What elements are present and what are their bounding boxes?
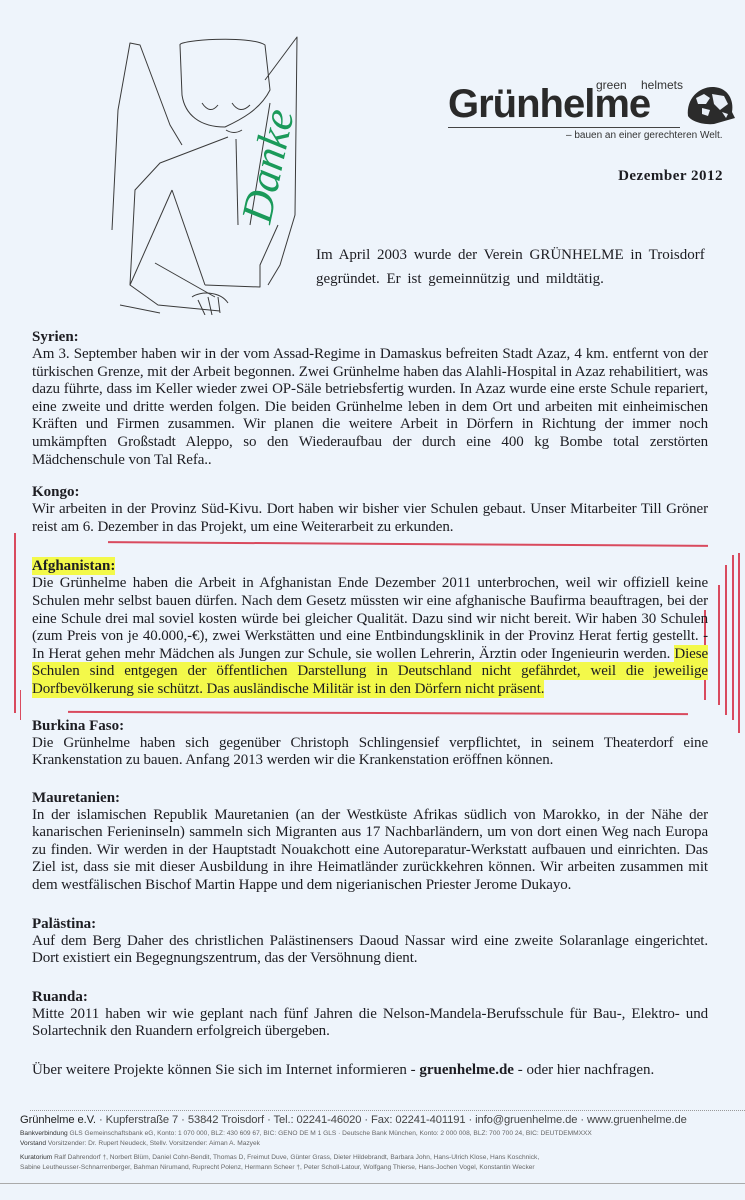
footer-board-label: Vorstand (20, 1140, 46, 1147)
closing-line: Über weitere Projekte können Sie sich im… (32, 1061, 708, 1079)
section-text: Wir arbeiten in der Provinz Süd-Kivu. Do… (32, 501, 708, 536)
footer-contact: · Kupferstraße 7 · 53842 Troisdorf · Tel… (96, 1114, 687, 1126)
section-palaestina: Palästina: Auf dem Berg Daher des christ… (32, 915, 708, 968)
section-text-plain: Die Grünhelme haben die Arbeit in Afghan… (32, 575, 708, 661)
section-text: Die Grünhelme haben die Arbeit in Afghan… (32, 575, 708, 698)
section-text: Die Grünhelme haben sich gegenüber Chris… (32, 735, 708, 770)
section-text: Auf dem Berg Daher des christlichen Palä… (32, 933, 708, 968)
section-title: Kongo: (32, 483, 708, 501)
red-mark-right-4 (732, 555, 734, 720)
footer-bank-line: Bankverbindung GLS Gemeinschaftsbank eG,… (20, 1129, 742, 1139)
footer-curators-line-1: Kuratorium Ralf Dahrendorf †, Norbert Bl… (20, 1153, 742, 1163)
section-title: Burkina Faso: (32, 717, 708, 735)
intro-paragraph: Im April 2003 wurde der Verein GRÜNHELME… (316, 243, 726, 291)
angel-drawing-illustration: Danke (100, 15, 310, 315)
footer-org-name: Grünhelme e.V. (20, 1114, 96, 1126)
section-title: Palästina: (32, 915, 708, 933)
gruenhelme-logo: green helmets Grünhelme – bauen an einer… (448, 72, 738, 142)
footer-board-text: Vorsitzender: Dr. Rupert Neudeck, Stellv… (46, 1140, 260, 1147)
letterhead-footer: Grünhelme e.V. · Kupferstraße 7 · 53842 … (20, 1114, 742, 1173)
red-mark-left-2 (20, 690, 21, 720)
section-text: Mitte 2011 haben wir wie geplant nach fü… (32, 1006, 708, 1041)
section-burkina-faso: Burkina Faso: Die Grünhelme haben sich g… (32, 717, 708, 770)
section-title: Ruanda: (32, 988, 708, 1006)
footer-curators-label: Kuratorium (20, 1154, 52, 1161)
red-mark-right-5 (738, 553, 740, 733)
scan-bottom-edge (0, 1183, 745, 1184)
section-title: Mauretanien: (32, 789, 708, 807)
red-mark-right-2 (718, 585, 720, 705)
website-link[interactable]: gruenhelme.de (419, 1062, 514, 1078)
footer-curators-line-2: Sabine Leutheusser-Schnarrenberger, Bahm… (20, 1163, 742, 1173)
footer-contact-line: Grünhelme e.V. · Kupferstraße 7 · 53842 … (20, 1114, 742, 1126)
footer-divider (30, 1110, 745, 1111)
logo-rule (448, 127, 680, 128)
logo-wordmark: Grünhelme (448, 82, 650, 127)
project-sections: Syrien: Am 3. September haben wir in der… (32, 328, 708, 1079)
footer-curators-text-1: Ralf Dahrendorf †, Norbert Blüm, Daniel … (52, 1154, 539, 1161)
section-kongo: Kongo: Wir arbeiten in der Provinz Süd-K… (32, 483, 708, 536)
footer-bank-label: Bankverbindung (20, 1130, 68, 1137)
section-text: Am 3. September haben wir in der vom Ass… (32, 346, 708, 469)
closing-text-before: Über weitere Projekte können Sie sich im… (32, 1062, 419, 1078)
section-title: Syrien: (32, 328, 708, 346)
red-mark-left (14, 533, 16, 713)
handwritten-danke: Danke (232, 105, 304, 228)
section-syrien: Syrien: Am 3. September haben wir in der… (32, 328, 708, 469)
section-ruanda: Ruanda: Mitte 2011 haben wir wie geplant… (32, 988, 708, 1041)
footer-board-line: Vorstand Vorsitzender: Dr. Rupert Neudec… (20, 1139, 742, 1149)
letter-page: Danke green helmets Grünhelme – bauen an… (0, 0, 745, 1200)
closing-text-after: - oder hier nachfragen. (514, 1062, 654, 1078)
footer-bank-text: GLS Gemeinschaftsbank eG, Konto: 1 070 0… (68, 1130, 592, 1137)
intro-line-2: gegründet. Er ist gemeinnützig und mildt… (316, 267, 726, 291)
helmet-globe-icon (684, 84, 736, 126)
highlighted-title: Afghanistan: (32, 557, 115, 575)
logo-tagline: – bauen an einer gerechteren Welt. (566, 130, 723, 141)
section-title: Afghanistan: (32, 557, 708, 575)
intro-line-1: Im April 2003 wurde der Verein GRÜNHELME… (316, 243, 726, 267)
section-text: In der islamischen Republik Mauretanien … (32, 807, 708, 895)
red-mark-right-3 (725, 565, 727, 715)
section-afghanistan: Afghanistan: Die Grünhelme haben die Arb… (32, 557, 708, 698)
section-mauretanien: Mauretanien: In der islamischen Republik… (32, 789, 708, 895)
letter-date: Dezember 2012 (618, 168, 723, 185)
